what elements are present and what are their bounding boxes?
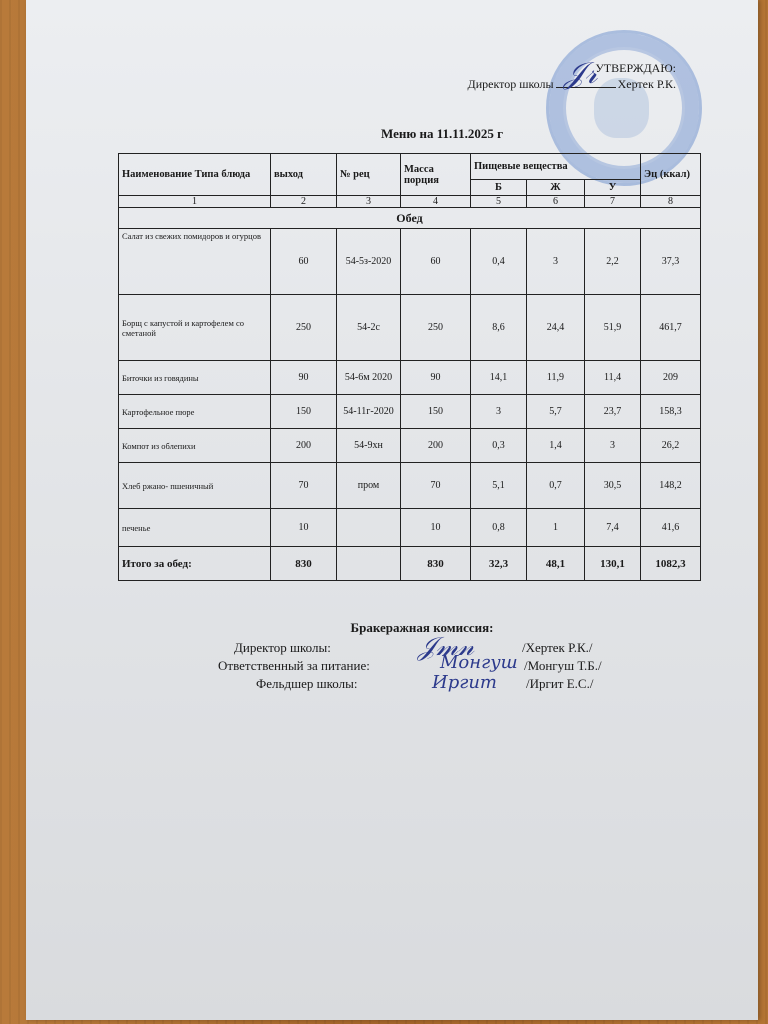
cell-dish-name: Салат из свежих помидоров и огурцов bbox=[119, 229, 271, 295]
cell-output: 90 bbox=[271, 361, 337, 395]
cell-fat: 11,9 bbox=[527, 361, 585, 395]
cell-carbs: 11,4 bbox=[585, 361, 641, 395]
column-number: 6 bbox=[527, 196, 585, 208]
cell-mass: 150 bbox=[401, 395, 471, 429]
member-role: Фельдшер школы: bbox=[256, 676, 357, 692]
cell-dish-name: Хлеб ржано- пшеничный bbox=[119, 463, 271, 509]
cell-output: 10 bbox=[271, 509, 337, 547]
total-row: Итого за обед:83083032,348,1130,11082,3 bbox=[119, 547, 701, 581]
cell-output: 250 bbox=[271, 295, 337, 361]
column-number: 8 bbox=[641, 196, 701, 208]
column-number: 4 bbox=[401, 196, 471, 208]
table-row: Картофельное пюре15054-11г-202015035,723… bbox=[119, 395, 701, 429]
cell-protein: 5,1 bbox=[471, 463, 527, 509]
cell-dish-name: печенье bbox=[119, 509, 271, 547]
cell-energy: 37,3 bbox=[641, 229, 701, 295]
cell-protein: 3 bbox=[471, 395, 527, 429]
approver-name: Хертек Р.К. bbox=[618, 77, 676, 91]
section-title: Обед bbox=[119, 208, 701, 229]
member-role: Директор школы: bbox=[234, 640, 331, 656]
cell-fat: 5,7 bbox=[527, 395, 585, 429]
header-nutrients: Пищевые вещества bbox=[471, 154, 641, 180]
total-protein: 32,3 bbox=[471, 547, 527, 581]
medic-signature: Иргит bbox=[432, 672, 497, 693]
cell-fat: 0,7 bbox=[527, 463, 585, 509]
header-output: выход bbox=[271, 154, 337, 196]
total-recipe-number bbox=[337, 547, 401, 581]
cell-mass: 60 bbox=[401, 229, 471, 295]
cell-recipe-number: 54-5з-2020 bbox=[337, 229, 401, 295]
member-name: /Хертек Р.К./ bbox=[522, 640, 593, 656]
cell-protein: 0,4 bbox=[471, 229, 527, 295]
table-row: Борщ с капустой и картофелем со сметаной… bbox=[119, 295, 701, 361]
total-carbs: 130,1 bbox=[585, 547, 641, 581]
cell-energy: 209 bbox=[641, 361, 701, 395]
director-signature-icon: 𝒥𝓇 bbox=[564, 56, 597, 91]
column-number: 5 bbox=[471, 196, 527, 208]
cell-mass: 10 bbox=[401, 509, 471, 547]
cell-energy: 41,6 bbox=[641, 509, 701, 547]
cell-fat: 1,4 bbox=[527, 429, 585, 463]
cell-carbs: 2,2 bbox=[585, 229, 641, 295]
member-name: /Монгуш Т.Б./ bbox=[524, 658, 602, 674]
cell-recipe-number bbox=[337, 509, 401, 547]
cell-protein: 14,1 bbox=[471, 361, 527, 395]
cell-mass: 200 bbox=[401, 429, 471, 463]
cell-energy: 158,3 bbox=[641, 395, 701, 429]
column-number: 1 bbox=[119, 196, 271, 208]
cell-dish-name: Биточки из говядины bbox=[119, 361, 271, 395]
cell-fat: 1 bbox=[527, 509, 585, 547]
cell-recipe-number: 54-2с bbox=[337, 295, 401, 361]
cell-recipe-number: 54-9хн bbox=[337, 429, 401, 463]
cell-carbs: 51,9 bbox=[585, 295, 641, 361]
cell-recipe-number: пром bbox=[337, 463, 401, 509]
table-row: Биточки из говядины9054-6м 20209014,111,… bbox=[119, 361, 701, 395]
cell-carbs: 23,7 bbox=[585, 395, 641, 429]
nutrition-responsible-signature: Монгуш bbox=[440, 652, 518, 673]
page-title: Меню на 11.11.2025 г bbox=[26, 126, 758, 142]
cell-output: 60 bbox=[271, 229, 337, 295]
approver-position: Директор школы bbox=[468, 77, 554, 91]
cell-carbs: 30,5 bbox=[585, 463, 641, 509]
cell-protein: 0,8 bbox=[471, 509, 527, 547]
header-mass-portion: Масса порция bbox=[401, 154, 471, 196]
cell-protein: 8,6 bbox=[471, 295, 527, 361]
menu-document: УТВЕРЖДАЮ: Директор школыХертек Р.К. 𝒥𝓇 … bbox=[26, 0, 758, 1020]
cell-recipe-number: 54-6м 2020 bbox=[337, 361, 401, 395]
header-dish-name: Наименование Типа блюда bbox=[119, 154, 271, 196]
header-recipe-number: № рец bbox=[337, 154, 401, 196]
cell-energy: 148,2 bbox=[641, 463, 701, 509]
total-output: 830 bbox=[271, 547, 337, 581]
cell-output: 70 bbox=[271, 463, 337, 509]
column-number: 7 bbox=[585, 196, 641, 208]
cell-carbs: 3 bbox=[585, 429, 641, 463]
header-carbs: У bbox=[585, 180, 641, 196]
column-number: 2 bbox=[271, 196, 337, 208]
commission-heading: Бракеражная комиссия: bbox=[26, 620, 758, 636]
cell-output: 150 bbox=[271, 395, 337, 429]
table-row: Компот из облепихи20054-9хн2000,31,4326,… bbox=[119, 429, 701, 463]
total-fat: 48,1 bbox=[527, 547, 585, 581]
column-number-row: 1 2 3 4 5 6 7 8 bbox=[119, 196, 701, 208]
cell-protein: 0,3 bbox=[471, 429, 527, 463]
column-number: 3 bbox=[337, 196, 401, 208]
section-row-lunch: Обед bbox=[119, 208, 701, 229]
cell-mass: 70 bbox=[401, 463, 471, 509]
member-name: /Иргит Е.С./ bbox=[526, 676, 593, 692]
cell-fat: 3 bbox=[527, 229, 585, 295]
total-mass: 830 bbox=[401, 547, 471, 581]
cell-carbs: 7,4 bbox=[585, 509, 641, 547]
cell-dish-name: Компот из облепихи bbox=[119, 429, 271, 463]
table-row: Салат из свежих помидоров и огурцов6054-… bbox=[119, 229, 701, 295]
cell-energy: 26,2 bbox=[641, 429, 701, 463]
table-row: печенье10100,817,441,6 bbox=[119, 509, 701, 547]
header-energy: Эц (ккал) bbox=[641, 154, 701, 196]
header-fat: Ж bbox=[527, 180, 585, 196]
cell-dish-name: Картофельное пюре bbox=[119, 395, 271, 429]
menu-table: Наименование Типа блюда выход № рец Масс… bbox=[118, 153, 701, 581]
cell-recipe-number: 54-11г-2020 bbox=[337, 395, 401, 429]
commission-block: Бракеражная комиссия: Директор школы: /Х… bbox=[26, 620, 758, 636]
cell-fat: 24,4 bbox=[527, 295, 585, 361]
cell-mass: 90 bbox=[401, 361, 471, 395]
member-role: Ответственный за питание: bbox=[218, 658, 370, 674]
total-energy: 1082,3 bbox=[641, 547, 701, 581]
cell-energy: 461,7 bbox=[641, 295, 701, 361]
table-row: Хлеб ржано- пшеничный70пром705,10,730,51… bbox=[119, 463, 701, 509]
total-dish-name: Итого за обед: bbox=[119, 547, 271, 581]
cell-output: 200 bbox=[271, 429, 337, 463]
cell-dish-name: Борщ с капустой и картофелем со сметаной bbox=[119, 295, 271, 361]
cell-mass: 250 bbox=[401, 295, 471, 361]
header-protein: Б bbox=[471, 180, 527, 196]
